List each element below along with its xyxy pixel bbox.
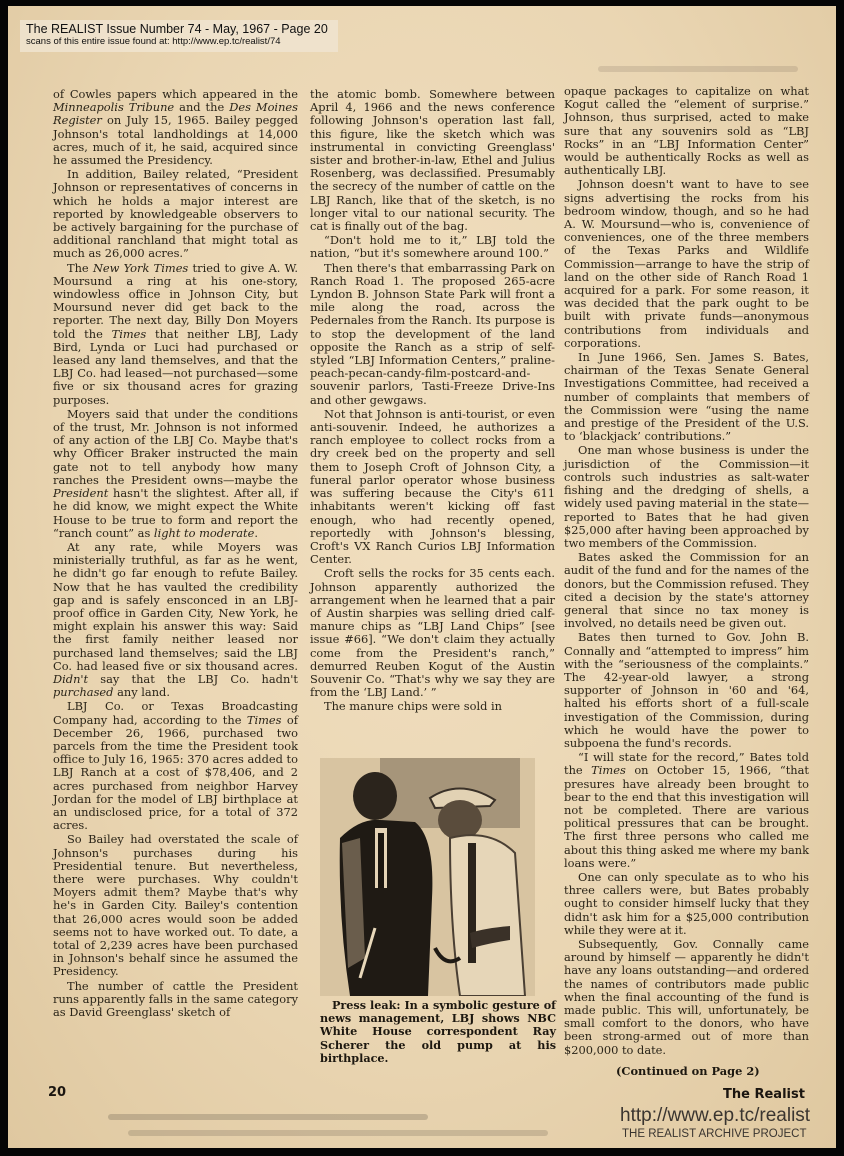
print-smudge [108,1114,428,1120]
text-run: One man whose business is under the juri… [564,443,809,549]
article-paragraph: Then there's that embarrassing Park on R… [310,262,555,407]
text-run: Bates asked the Commission for an audit … [564,550,809,630]
archive-header-subtitle: scans of this entire issue found at: htt… [26,36,332,48]
italic-text: Didn't [53,672,88,686]
text-run: Croft sells the rocks for 35 cents each.… [310,566,555,699]
text-run: Not that Johnson is anti-tourist, or eve… [310,407,555,566]
photo-halftone-image [320,758,535,996]
text-run: So Bailey had overstated the scale of Jo… [53,832,298,978]
article-paragraph: The New York Times tried to give A. W. M… [53,262,298,407]
publication-footer: The Realist [723,1087,805,1102]
text-run: opaque packages to capitalize on what Ko… [564,84,809,177]
article-paragraph: Bates asked the Commission for an audit … [564,551,809,630]
print-smudge [598,66,798,72]
text-run: of Cowles papers which appeared in the [53,87,298,101]
text-run: The manure chips were sold in [324,699,502,713]
article-paragraph: Johnson doesn't want to have to see sign… [564,178,809,350]
article-paragraph: One man whose business is under the juri… [564,444,809,550]
text-run: In June 1966, Sen. James S. Bates, chair… [564,350,809,443]
text-run: Moyers said that under the conditions of… [53,407,298,487]
article-paragraph: The manure chips were sold in [310,700,555,713]
magazine-page: The REALIST Issue Number 74 - May, 1967 … [8,6,836,1148]
continued-note: (Continued on Page 2) [616,1064,760,1078]
italic-text: Times [591,763,626,777]
text-run: One can only speculate as to who his thr… [564,870,809,937]
italic-text: Times [112,327,147,341]
article-paragraph: Croft sells the rocks for 35 cents each.… [310,567,555,699]
text-run: any land. [113,685,170,699]
article-paragraph: The number of cattle the President runs … [53,980,298,1020]
text-run: Subsequently, Gov. Connally came around … [564,937,809,1057]
text-run: say that the LBJ Co. hadn't [88,672,298,686]
photo-caption: Press leak: In a symbolic gesture of new… [320,999,556,1065]
article-paragraph: “I will state for the record,” Bates tol… [564,751,809,870]
article-paragraph: of Cowles papers which appeared in the M… [53,88,298,167]
text-run: of December 26, 1966, purchased two parc… [53,713,298,833]
text-run: Johnson doesn't want to have to see sign… [564,177,809,349]
article-column-3: opaque packages to capitalize on what Ko… [564,85,809,1058]
article-paragraph: One can only speculate as to who his thr… [564,871,809,937]
article-paragraph: Not that Johnson is anti-tourist, or eve… [310,408,555,566]
article-paragraph: Subsequently, Gov. Connally came around … [564,938,809,1057]
article-paragraph: In June 1966, Sen. James S. Bates, chair… [564,351,809,443]
article-paragraph: In addition, Bailey related, “President … [53,168,298,260]
italic-text: New York Times [93,261,188,275]
photo-lbj-pump [320,758,535,996]
text-run: Then there's that embarrassing Park on R… [310,261,555,407]
text-run: Bates then turned to Gov. John B. Connal… [564,630,809,750]
italic-text: purchased [53,685,113,699]
article-paragraph: So Bailey had overstated the scale of Jo… [53,833,298,978]
article-paragraph: Moyers said that under the conditions of… [53,408,298,540]
text-run: on October 15, 1966, “that presures have… [564,763,809,869]
text-run: At any rate, while Moyers was ministeria… [53,540,298,673]
archive-project-label: THE REALIST ARCHIVE PROJECT [622,1128,806,1140]
archive-header-title: The REALIST Issue Number 74 - May, 1967 … [26,22,332,36]
article-paragraph: opaque packages to capitalize on what Ko… [564,85,809,177]
article-column-2: the atomic bomb. Somewhere between April… [310,88,555,715]
text-run: “Don't hold me to it,” LBJ told the nati… [310,233,555,260]
article-paragraph: At any rate, while Moyers was ministeria… [53,541,298,699]
italic-text: Times [247,713,282,727]
italic-text: President [53,486,108,500]
archive-header: The REALIST Issue Number 74 - May, 1967 … [20,20,338,52]
text-run: . [254,526,258,540]
italic-text: light to moderate [154,526,254,540]
article-paragraph: LBJ Co. or Texas Broadcasting Company ha… [53,700,298,832]
print-smudge [128,1130,548,1136]
text-run: The [67,261,93,275]
text-run: In addition, Bailey related, “President … [53,167,298,260]
text-run: and the [174,100,229,114]
text-run: the atomic bomb. Somewhere between April… [310,87,555,233]
text-run: The number of cattle the President runs … [53,979,298,1019]
article-column-1: of Cowles papers which appeared in the M… [53,88,298,1020]
article-paragraph: “Don't hold me to it,” LBJ told the nati… [310,234,555,260]
archive-url-link[interactable]: http://www.ep.tc/realist [620,1105,810,1127]
article-paragraph: the atomic bomb. Somewhere between April… [310,88,555,233]
italic-text: Minneapolis Tribune [53,100,174,114]
page-number: 20 [48,1085,66,1100]
article-paragraph: Bates then turned to Gov. John B. Connal… [564,631,809,750]
